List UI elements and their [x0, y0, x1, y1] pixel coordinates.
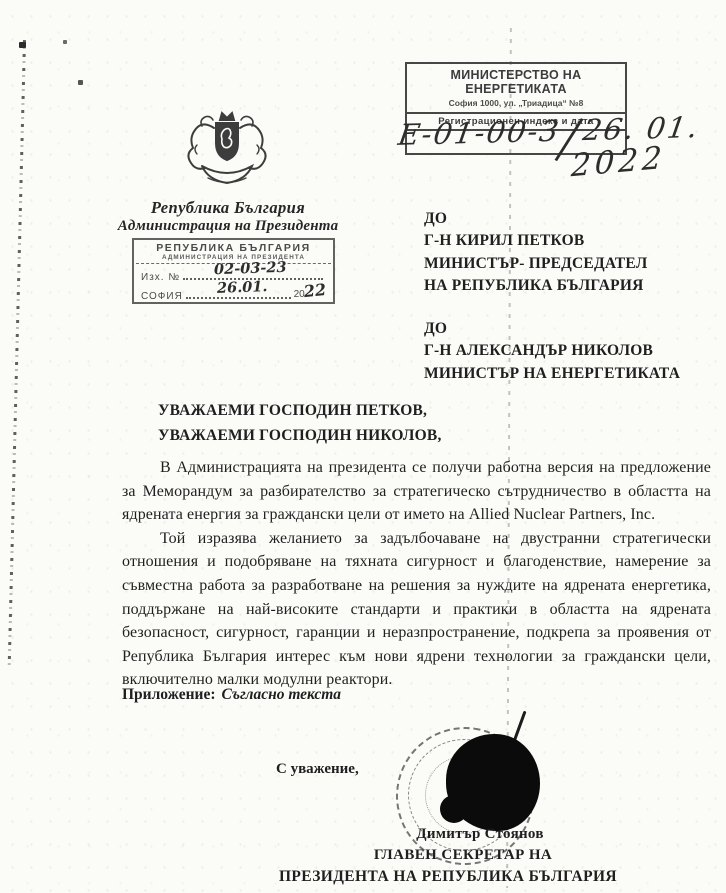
handwritten-stamp-date: 26.01.	[217, 278, 268, 297]
recipient-line: Г-Н КИРИЛ ПЕТКОВ	[424, 230, 680, 252]
handwritten-index-number: Е-01-00-3	[396, 114, 563, 152]
salutation-line-1: УВАЖАЕМИ ГОСПОДИН ПЕТКОВ,	[158, 398, 442, 423]
recipient-line: ДО	[424, 208, 680, 230]
attachment-value: Съгласно текста	[221, 686, 341, 703]
recipient-line: Г-Н АЛЕКСАНДЪР НИКОЛОВ	[424, 340, 680, 362]
recipient-line: ДО	[424, 318, 680, 340]
stamp-date-row: СОФИЯ 26.01. 20 22	[134, 283, 333, 302]
letter-body: В Администрацията на президента се получ…	[122, 456, 711, 692]
org-name-line-1: Република България	[104, 198, 352, 218]
organization-name-block: Република България Администрация на През…	[104, 198, 352, 235]
closing-line: С уважение,	[276, 761, 359, 778]
salutation-block: УВАЖАЕМИ ГОСПОДИН ПЕТКОВ, УВАЖАЕМИ ГОСПО…	[158, 398, 442, 448]
ministry-stamp-title: МИНИСТЕРСТВО НА ЕНЕРГЕТИКАТА	[407, 64, 625, 97]
signer-title-line-1: ГЛАВЕН СЕКРЕТАР НА	[345, 847, 581, 864]
signature-redaction-dot	[440, 795, 468, 823]
attachment-label: Приложение:	[122, 686, 215, 703]
recipient-line: НА РЕПУБЛИКА БЪЛГАРИЯ	[424, 275, 680, 297]
signer-name: Димитър Стоянов	[360, 826, 600, 843]
handwritten-stamp-year: 22	[303, 280, 327, 301]
recipient-group-gap	[424, 297, 680, 318]
handwritten-outgoing-number: 02-03-23	[214, 259, 287, 279]
recipient-line: МИНИСТЪР НА ЕНЕРГЕТИКАТА	[424, 363, 680, 385]
bulgaria-coat-of-arms-icon	[172, 100, 282, 200]
recipient-block: ДО Г-Н КИРИЛ ПЕТКОВ МИНИСТЪР- ПРЕДСЕДАТЕ…	[424, 208, 680, 385]
scanned-letter-page: МИНИСТЕРСТВО НА ЕНЕРГЕТИКАТА София 1000,…	[0, 0, 726, 893]
body-paragraph-1: В Администрацията на президента се получ…	[122, 456, 711, 527]
scan-speck	[78, 80, 83, 85]
body-paragraph-2: Той изразява желанието за задълбочаване …	[122, 527, 711, 692]
signer-title-line-2: ПРЕЗИДЕНТА НА РЕПУБЛИКА БЪЛГАРИЯ	[206, 868, 690, 886]
recipient-line: МИНИСТЪР- ПРЕДСЕДАТЕЛ	[424, 253, 680, 275]
attachment-line: Приложение:Съгласно текста	[122, 686, 341, 704]
president-administration-stamp: РЕПУБЛИКА БЪЛГАРИЯ АДМИНИСТРАЦИЯ НА ПРЕЗ…	[132, 238, 335, 304]
city-label: СОФИЯ	[141, 291, 183, 302]
dotted-leader: 26.01.	[186, 285, 291, 299]
scan-speck	[19, 42, 26, 48]
org-name-line-2: Администрация на Президента	[104, 218, 352, 235]
handwritten-year: 2022	[570, 140, 666, 185]
outgoing-number-label: Изх. №	[141, 272, 180, 283]
scan-speck	[63, 40, 67, 44]
president-stamp-line-1: РЕПУБЛИКА БЪЛГАРИЯ	[134, 242, 333, 254]
salutation-line-2: УВАЖАЕМИ ГОСПОДИН НИКОЛОВ,	[158, 423, 442, 448]
scan-speckle-line	[8, 40, 26, 668]
